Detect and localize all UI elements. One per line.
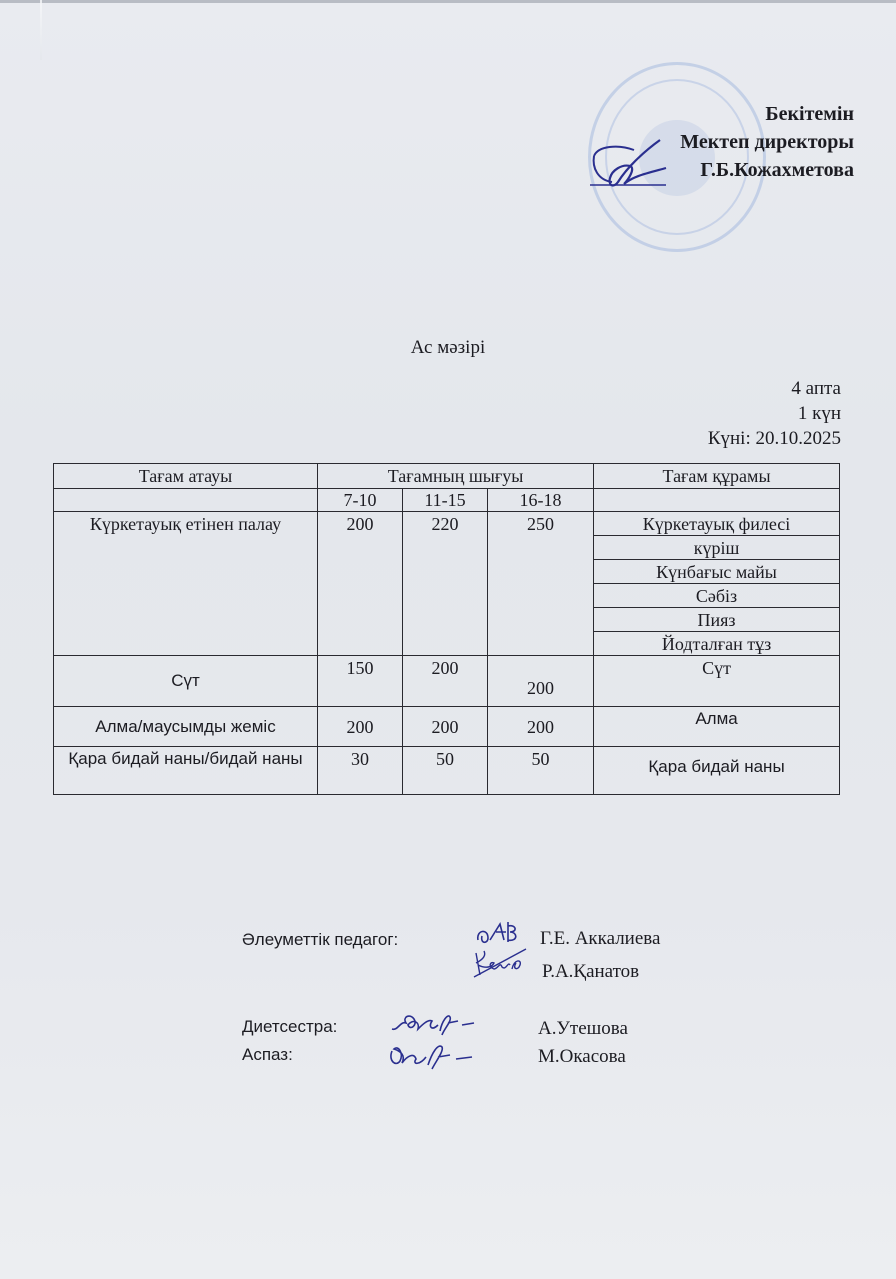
director-signature-icon bbox=[588, 136, 678, 192]
header-output: Тағамның шығуы bbox=[318, 464, 594, 489]
menu-table: Тағам атауы Тағамның шығуы Тағам құрамы … bbox=[53, 463, 840, 795]
handwritten-signature-icon bbox=[474, 918, 524, 950]
approval-block: Бекітемін Мектеп директоры Г.Б.Кожахмето… bbox=[680, 100, 854, 184]
approval-heading: Бекітемін bbox=[680, 100, 854, 128]
ingredient: Алма bbox=[594, 707, 840, 747]
table-header-row: Тағам атауы Тағамның шығуы Тағам құрамы bbox=[54, 464, 840, 489]
portion-value: 200 bbox=[318, 512, 403, 656]
document-title: Ас мәзірі bbox=[0, 337, 896, 359]
dish-name: Алма/маусымды жеміс bbox=[54, 707, 318, 747]
portion-value: 200 bbox=[488, 656, 594, 707]
portion-value: 30 bbox=[318, 747, 403, 795]
ingredient: күріш bbox=[594, 536, 840, 560]
approver-position: Мектеп директоры bbox=[680, 128, 854, 156]
document-meta: 4 апта 1 күн Күні: 20.10.2025 bbox=[708, 376, 841, 451]
dish-name: Күркетауық етінен палау bbox=[54, 512, 318, 656]
signatory-name: А.Утешова bbox=[538, 1018, 628, 1040]
ingredient: Сүт bbox=[594, 656, 840, 707]
portion-value: 200 bbox=[403, 707, 488, 747]
ingredient: Күркетауық филесі bbox=[594, 512, 840, 536]
ingredient: Пияз bbox=[594, 608, 840, 632]
paper-fold bbox=[40, 0, 42, 60]
ingredient: Күнбағыс майы bbox=[594, 560, 840, 584]
portion-value: 150 bbox=[318, 656, 403, 707]
ingredient: Сәбіз bbox=[594, 584, 840, 608]
table-subheader-row: 7-10 11-15 16-18 bbox=[54, 489, 840, 512]
ingredient: Йодталған тұз bbox=[594, 632, 840, 656]
portion-value: 200 bbox=[403, 656, 488, 707]
portion-value: 50 bbox=[488, 747, 594, 795]
dish-name: Қара бидай наны/бидай наны bbox=[54, 747, 318, 795]
handwritten-signature-icon bbox=[472, 947, 528, 981]
header-dish-name: Тағам атауы bbox=[54, 464, 318, 489]
portion-value: 250 bbox=[488, 512, 594, 656]
table-row: Қара бидай наны/бидай наны 30 50 50 Қара… bbox=[54, 747, 840, 795]
signatory-role: Диетсестра: bbox=[242, 1017, 337, 1037]
table-row: Алма/маусымды жеміс 200 200 200 Алма bbox=[54, 707, 840, 747]
day-number: 1 күн bbox=[708, 401, 841, 426]
age-group-header: 11-15 bbox=[403, 489, 488, 512]
ingredient: Қара бидай наны bbox=[594, 747, 840, 795]
week-number: 4 апта bbox=[708, 376, 841, 401]
portion-value: 50 bbox=[403, 747, 488, 795]
age-group-header: 16-18 bbox=[488, 489, 594, 512]
signatory-role: Аспаз: bbox=[242, 1045, 293, 1065]
signatory-name: Р.А.Қанатов bbox=[542, 961, 639, 983]
document-date: Күні: 20.10.2025 bbox=[708, 426, 841, 451]
signatory-name: М.Окасова bbox=[538, 1046, 626, 1068]
table-row: Күркетауық етінен палау 200 220 250 Күрк… bbox=[54, 512, 840, 536]
approver-name: Г.Б.Кожахметова bbox=[680, 156, 854, 184]
header-composition: Тағам құрамы bbox=[594, 464, 840, 489]
portion-value: 200 bbox=[488, 707, 594, 747]
signatory-role: Әлеуметтік педагог: bbox=[242, 930, 398, 950]
dish-name: Сүт bbox=[54, 656, 318, 707]
handwritten-signature-icon bbox=[388, 1007, 476, 1037]
signatory-name: Г.Е. Аккалиева bbox=[540, 928, 660, 950]
portion-value: 200 bbox=[318, 707, 403, 747]
age-group-header: 7-10 bbox=[318, 489, 403, 512]
portion-value: 220 bbox=[403, 512, 488, 656]
table-row: Сүт 150 200 200 Сүт bbox=[54, 656, 840, 707]
paper-top-edge bbox=[0, 0, 896, 3]
handwritten-signature-icon bbox=[386, 1039, 476, 1071]
